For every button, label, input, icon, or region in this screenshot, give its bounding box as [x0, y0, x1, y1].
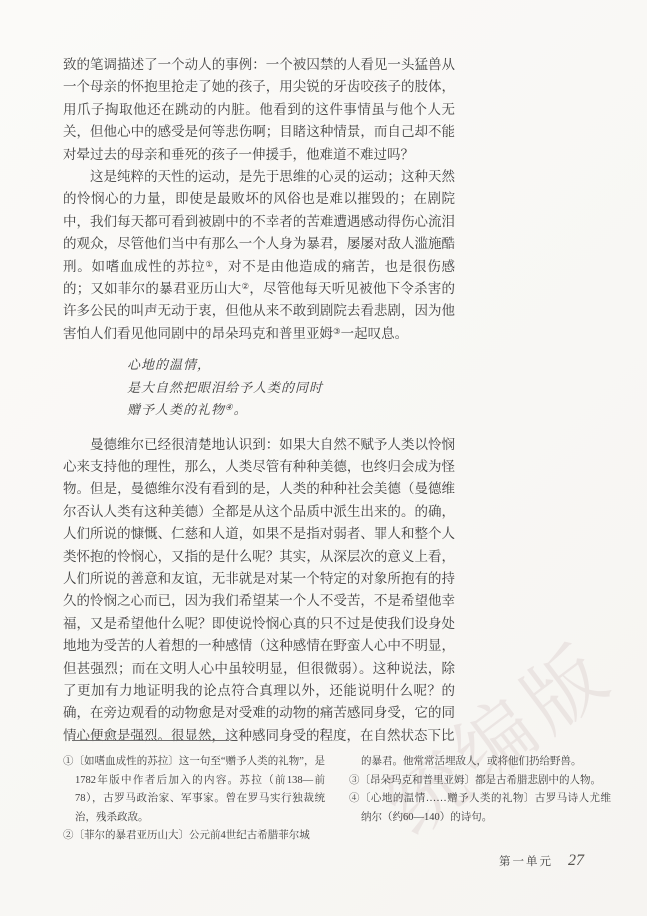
footnote-item-2: ②〔菲尔的暴君亚历山大〕公元前4世纪古希腊菲尔城: [63, 827, 325, 846]
footnote-text-2: 〔菲尔的暴君亚历山大〕公元前4世纪古希腊菲尔城: [74, 830, 310, 841]
poem-line-3: 赠予人类的礼物④。: [127, 399, 455, 421]
textbook-page: { "page": { "watermark_text": "统编版", "fo…: [0, 0, 647, 916]
footnote-text-3: 〔昂朵玛克和普里亚姆〕都是古希腊悲剧中的人物。: [360, 775, 602, 786]
footnote-marker-4: ④: [349, 793, 360, 804]
body-paragraph-3: 曼德维尔已经很清楚地认识到：如果大自然不赋予人类以怜悯心来支持他的理性，那么，人…: [63, 434, 455, 748]
page-footer: 第一单元 27: [499, 852, 584, 870]
footnote-item-2-continuation: 的暴君。他常常活埋敌人，或将他们扔给野兽。: [349, 753, 611, 772]
page-number: 27: [568, 852, 584, 870]
footnote-text-2-continuation: 的暴君。他常常活埋敌人，或将他们扔给野兽。: [361, 756, 582, 767]
main-text-column: 致的笔调描述了一个动人的事例：一个被囚禁的人看见一头猛兽从一个母亲的怀抱里抢走了…: [63, 54, 455, 747]
footnote-ref-1: ①: [205, 259, 213, 269]
footnote-marker-2: ②: [63, 830, 74, 841]
footnote-ref-4: ④: [225, 402, 234, 412]
body-paragraph-1: 致的笔调描述了一个动人的事例：一个被囚禁的人看见一头猛兽从一个母亲的怀抱里抢走了…: [63, 54, 455, 166]
footnote-marker-3: ③: [349, 775, 360, 786]
footnote-section: ①〔如嗜血成性的苏拉〕这一句至“赠予人类的礼物”，是1782年版中作者后加入的内…: [63, 740, 611, 846]
footnote-ref-3: ③: [333, 326, 341, 336]
footnote-divider: [72, 740, 229, 741]
footnote-column-left: ①〔如嗜血成性的苏拉〕这一句至“赠予人类的礼物”，是1782年版中作者后加入的内…: [63, 753, 325, 846]
footnote-marker-1: ①: [63, 756, 74, 767]
footnote-item-3: ③〔昂朵玛克和普里亚姆〕都是古希腊悲剧中的人物。: [349, 772, 611, 791]
footnote-columns: ①〔如嗜血成性的苏拉〕这一句至“赠予人类的礼物”，是1782年版中作者后加入的内…: [63, 753, 611, 846]
poem-quote-block: 心地的温情， 是大自然把眼泪给予人类的同时 赠予人类的礼物④。: [127, 354, 455, 421]
footnote-text-4: 〔心地的温情……赠予人类的礼物〕古罗马诗人尤维纳尔（约60—140）的诗句。: [360, 793, 611, 823]
poem-line-3-text: 赠予人类的礼物: [127, 402, 225, 417]
poem-line-1: 心地的温情，: [127, 354, 455, 376]
paragraph-2-text-4: 一起叹息。: [341, 326, 409, 341]
footnote-text-1: 〔如嗜血成性的苏拉〕这一句至“赠予人类的礼物”，是1782年版中作者后加入的内容…: [74, 756, 325, 823]
body-paragraph-2: 这是纯粹的天性的运动，是先于思维的心灵的运动；这种天然的怜悯心的力量，即使是最败…: [63, 166, 455, 345]
footnote-item-1: ①〔如嗜血成性的苏拉〕这一句至“赠予人类的礼物”，是1782年版中作者后加入的内…: [63, 753, 325, 827]
footnote-item-4: ④〔心地的温情……赠予人类的礼物〕古罗马诗人尤维纳尔（约60—140）的诗句。: [349, 790, 611, 827]
unit-label: 第一单元: [499, 853, 553, 869]
poem-line-3-period: 。: [234, 402, 248, 417]
poem-line-2: 是大自然把眼泪给予人类的同时: [127, 377, 455, 399]
footnote-column-right: 的暴君。他常常活埋敌人，或将他们扔给野兽。 ③〔昂朵玛克和普里亚姆〕都是古希腊悲…: [349, 753, 611, 846]
